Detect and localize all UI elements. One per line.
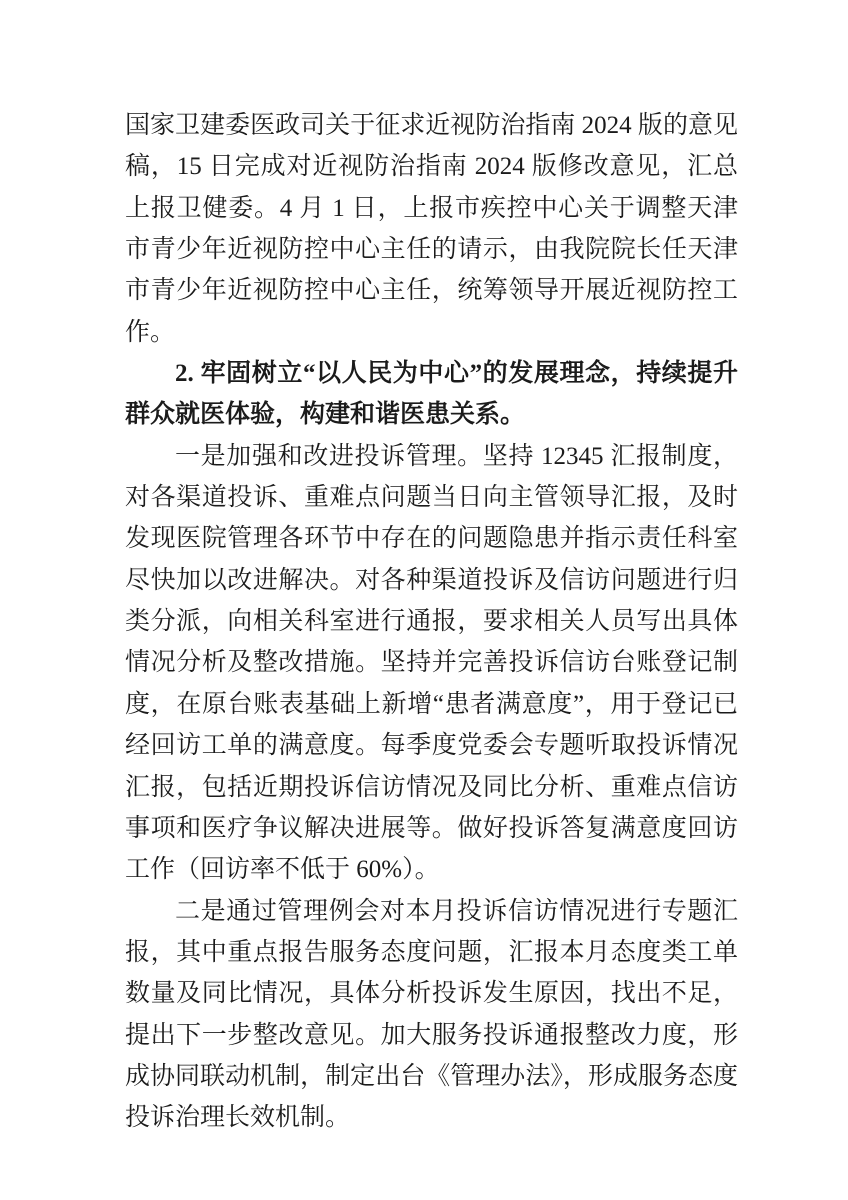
- document-page: 国家卫建委医政司关于征求近视防治指南 2024 版的意见稿，15 日完成对近视防…: [0, 0, 848, 1200]
- paragraph-continuation: 国家卫建委医政司关于征求近视防治指南 2024 版的意见稿，15 日完成对近视防…: [125, 105, 738, 353]
- document-body: 国家卫建委医政司关于征求近视防治指南 2024 版的意见稿，15 日完成对近视防…: [125, 105, 738, 1139]
- paragraph-emphasis-item-2: 2. 牢固树立“以人民为中心”的发展理念，持续提升群众就医体验，构建和谐医患关系…: [125, 353, 738, 436]
- paragraph-point-two: 二是通过管理例会对本月投诉信访情况进行专题汇报，其中重点报告服务态度问题，汇报本…: [125, 891, 738, 1139]
- paragraph-point-one: 一是加强和改进投诉管理。坚持 12345 汇报制度，对各渠道投诉、重难点问题当日…: [125, 436, 738, 891]
